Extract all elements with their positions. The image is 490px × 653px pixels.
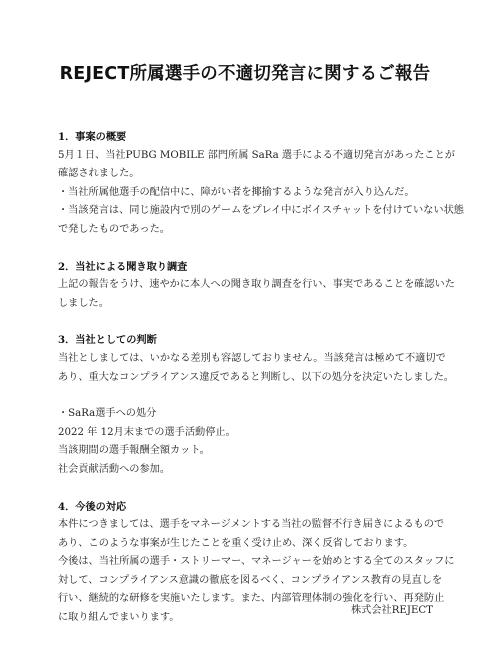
company-signature: 株式会社REJECT: [351, 601, 433, 616]
paragraph-line: 本件につきましては、選手をマネージメントする当社の監督不行き届きによるもので: [58, 516, 458, 535]
section-heading: 1．事案の概要: [58, 128, 458, 147]
paragraph-line: 5月１日、当社PUBG MOBILE 部門所属 SaRa 選手による不適切発言が…: [58, 147, 458, 166]
section-heading: 4．今後の対応: [58, 498, 458, 517]
penalty-item: 2022 年 12月末までの選手活動停止。: [58, 424, 458, 443]
bullet-line: ・当社所属他選手の配信中に、障がい者を揶揄するような発言が入り込んだ。: [58, 184, 458, 203]
bullet-line: ・当該発言は、同じ施設内で別のゲームをプレイ中にボイスチャットを付けていない状態: [58, 202, 458, 221]
paragraph-line: あり、このような事案が生じたことを重く受け止め、深く反省しております。: [58, 535, 458, 554]
paragraph-line: しました。: [58, 295, 458, 314]
section-investigation: 2．当社による聞き取り調査 上記の報告をうけ、速やかに本人への聞き取り調査を行い…: [58, 258, 458, 314]
paragraph-line: 今後は、当社所属の選手・ストリーマー、マネージャーを始めとする全てのスタッフに: [58, 553, 458, 572]
penalty-block: ・SaRa選手への処分 2022 年 12月末までの選手活動停止。 当該期間の選…: [58, 405, 458, 479]
section-heading: 2．当社による聞き取り調査: [58, 258, 458, 277]
section-company-judgment: 3．当社としての判断 当社としましては、いかなる差別も容認しておりません。当該発…: [58, 331, 458, 479]
section-incident-overview: 1．事案の概要 5月１日、当社PUBG MOBILE 部門所属 SaRa 選手に…: [58, 128, 458, 240]
paragraph-line: 対して、コンプライアンス意識の徹底を図るべく、コンプライアンス教育の見直しを: [58, 572, 458, 591]
paragraph-line: 当社としましては、いかなる差別も容認しておりません。当該発言は極めて不適切で: [58, 350, 458, 369]
paragraph-line: あり、重大なコンプライアンス違反であると判断し、以下の処分を決定いたしました。: [58, 369, 458, 388]
section-heading: 3．当社としての判断: [58, 331, 458, 350]
penalty-item: 当該期間の選手報酬全額カット。: [58, 442, 458, 461]
penalty-heading: ・SaRa選手への処分: [58, 405, 458, 424]
penalty-item: 社会貢献活動への参加。: [58, 461, 458, 480]
spacer: [58, 387, 458, 405]
bullet-line-continuation: で発したものであった。: [58, 221, 458, 240]
document-body: 1．事案の概要 5月１日、当社PUBG MOBILE 部門所属 SaRa 選手に…: [58, 128, 458, 628]
document-title: REJECT所属選手の不適切発言に関するご報告: [0, 60, 490, 85]
paragraph-line: 確認されました。: [58, 165, 458, 184]
paragraph-line: 上記の報告をうけ、速やかに本人への聞き取り調査を行い、事実であることを確認いた: [58, 276, 458, 295]
